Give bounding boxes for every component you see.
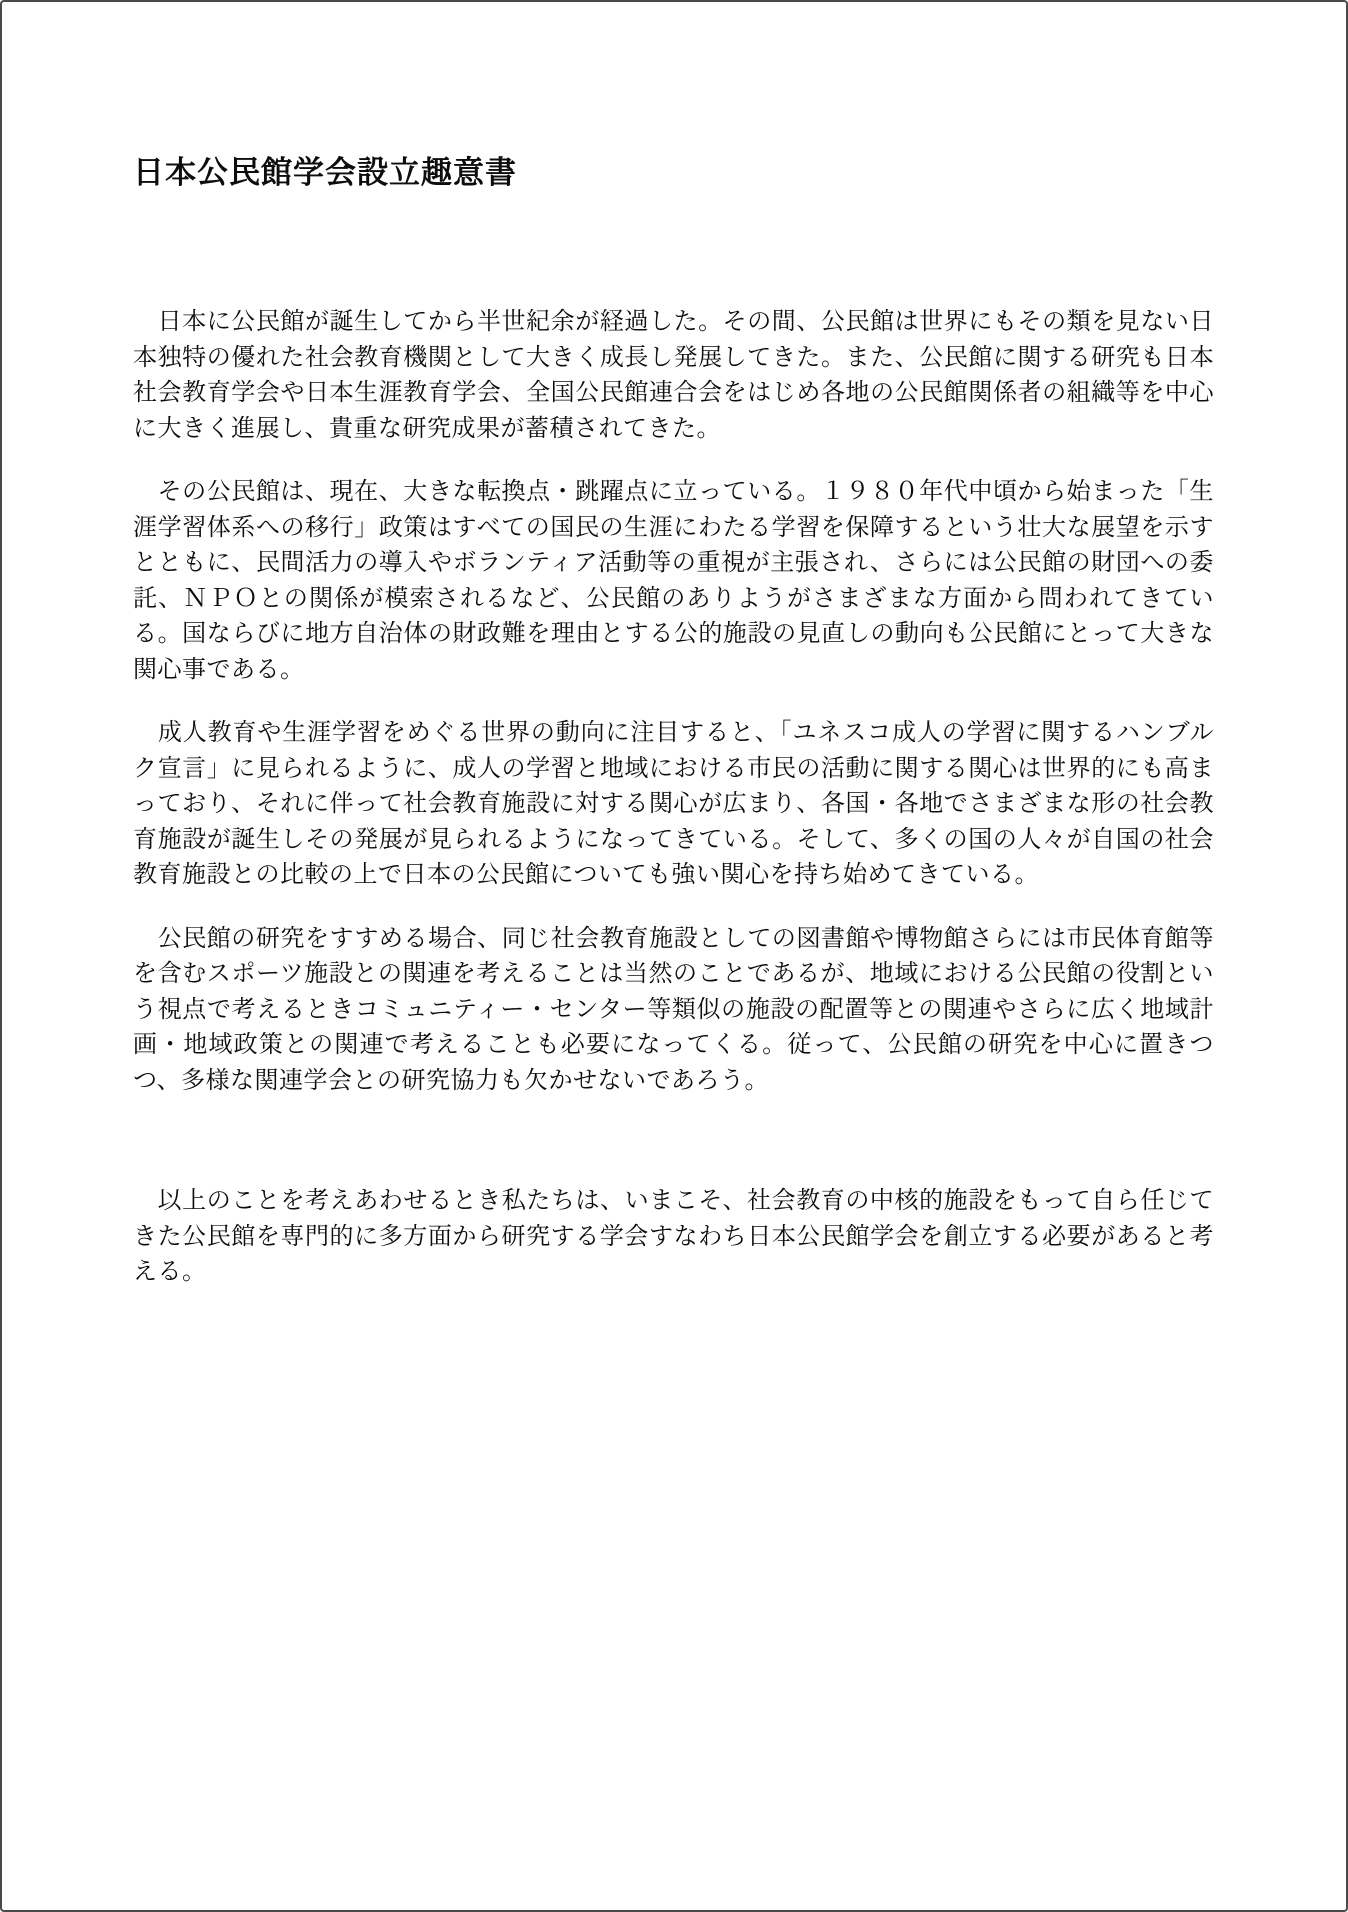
paragraph-5: 以上のことを考えあわせるとき私たちは、いまこそ、社会教育の中核的施設をもって自ら… [133,1183,1214,1290]
paragraph-1: 日本に公民館が誕生してから半世紀余が経過した。その間、公民館は世界にもその類を見… [133,304,1214,446]
paragraph-3: 成人教育や生涯学習をめぐる世界の動向に注目すると、「ユネスコ成人の学習に関するハ… [133,715,1214,893]
document-page: 日本公民館学会設立趣意書 日本に公民館が誕生してから半世紀余が経過した。その間、… [0,0,1348,1912]
paragraph-4: 公民館の研究をすすめる場合、同じ社会教育施設としての図書館や博物館さらには市民体… [133,921,1214,1099]
document-body: 日本に公民館が誕生してから半世紀余が経過した。その間、公民館は世界にもその類を見… [133,304,1214,1290]
paragraph-2: その公民館は、現在、大きな転換点・跳躍点に立っている。１９８０年代中頃から始まっ… [133,474,1214,687]
document-content: 日本公民館学会設立趣意書 日本に公民館が誕生してから半世紀余が経過した。その間、… [2,2,1346,1290]
document-title: 日本公民館学会設立趣意書 [133,147,1214,192]
